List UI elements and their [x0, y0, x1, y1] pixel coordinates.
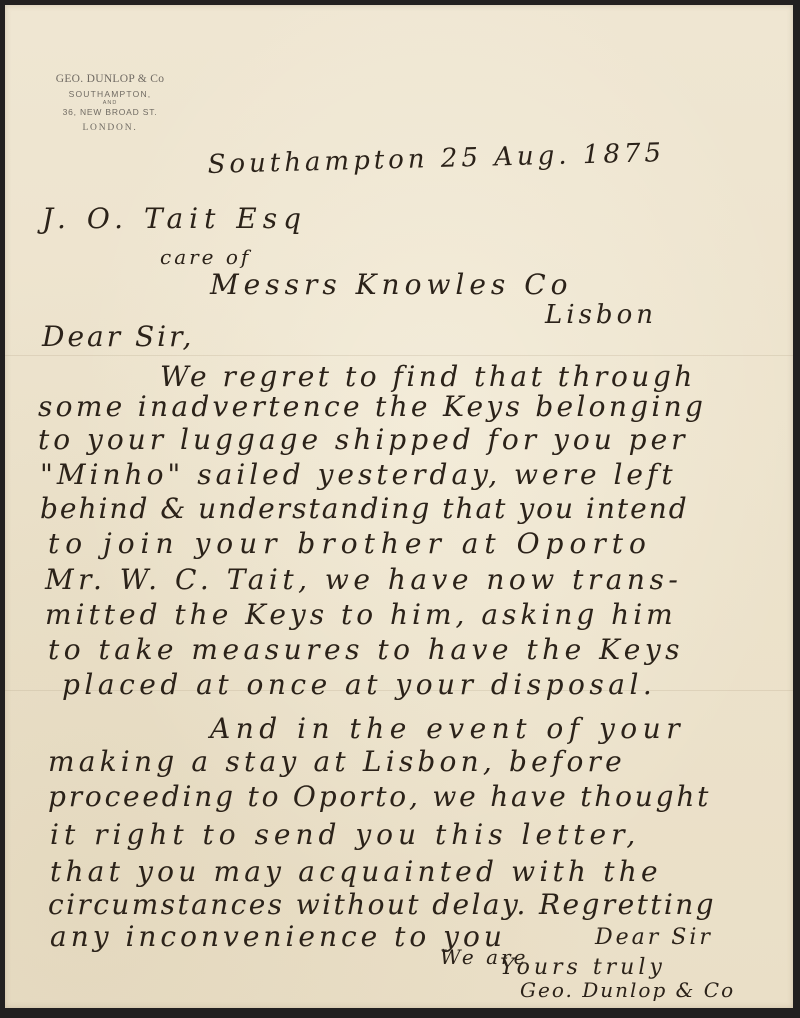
fold-line [5, 355, 793, 356]
letterhead-firm: GEO. DUNLOP & Co [30, 72, 190, 86]
address-city: Lisbon [545, 300, 657, 330]
letterhead-city: SOUTHAMPTON, [30, 89, 190, 100]
body-line: to your luggage shipped for you per [38, 423, 689, 456]
body-line: proceeding to Oporto, we have thought [48, 780, 711, 813]
addressee: J. O. Tait Esq [42, 202, 307, 235]
letterhead-and: AND [30, 100, 190, 107]
care-of: care of [160, 245, 251, 269]
closing-dear-sir: Dear Sir [595, 925, 713, 950]
body-line: to take measures to have the Keys [48, 633, 684, 666]
body-line: placed at once at your disposal. [62, 668, 656, 701]
closing-yours-truly: Yours truly [500, 955, 666, 980]
body-line: some inadvertence the Keys belonging [38, 390, 706, 423]
letterhead-london: LONDON. [30, 122, 190, 134]
body-line: "Minho" sailed yesterday, were left [40, 458, 677, 491]
letterhead: GEO. DUNLOP & Co SOUTHAMPTON, AND 36, NE… [30, 72, 190, 134]
address-firm: Messrs Knowles Co [210, 268, 572, 301]
body-line: And in the event of your [210, 712, 685, 745]
body-line: behind & understanding that you intend [40, 492, 689, 525]
body-line: to join your brother at Oporto [48, 527, 652, 560]
salutation: Dear Sir, [42, 320, 194, 353]
body-line: circumstances without delay. Regretting [48, 888, 716, 921]
body-line: Mr. W. C. Tait, we have now trans- [45, 563, 682, 596]
body-line: We regret to find that through [160, 360, 696, 393]
letterhead-street: 36, NEW BROAD ST. [30, 107, 190, 118]
body-line: that you may acquainted with the [50, 855, 662, 888]
body-line: making a stay at Lisbon, before [48, 745, 626, 778]
body-line: it right to send you this letter, [50, 818, 640, 851]
body-line: mitted the Keys to him, asking him [45, 598, 677, 631]
signature: Geo. Dunlop & Co [520, 978, 735, 1002]
body-line: any inconvenience to you [50, 920, 506, 953]
